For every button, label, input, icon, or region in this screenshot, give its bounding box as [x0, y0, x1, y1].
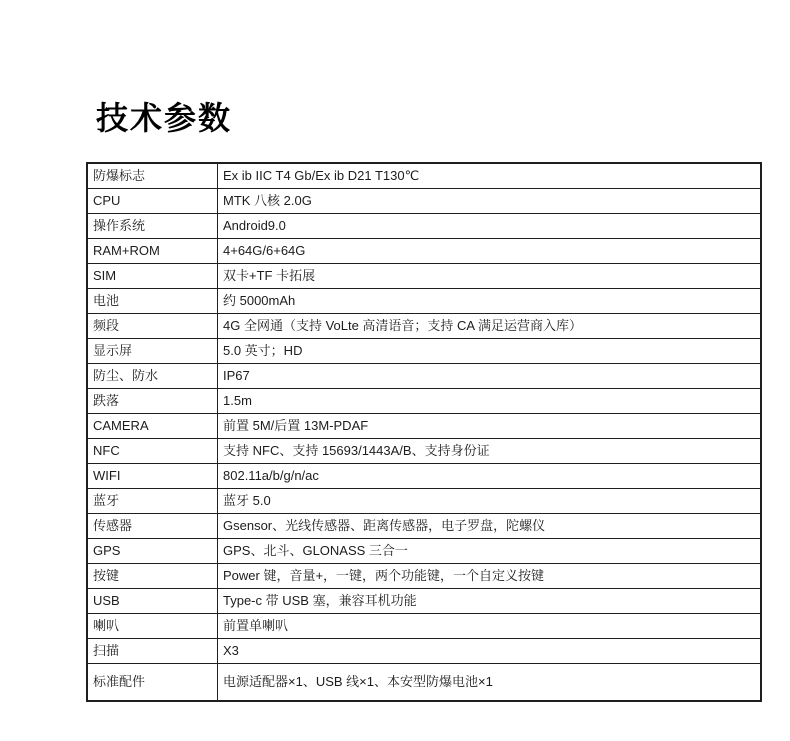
spec-table: 防爆标志 Ex ib IIC T4 Gb/Ex ib D21 T130℃ CPU… [86, 162, 762, 702]
table-row: NFC 支持 NFC、支持 15693/1443A/B、支持身份证 [88, 439, 760, 464]
table-row: RAM+ROM 4+64G/6+64G [88, 239, 760, 264]
spec-value-cell: Power 键，音量+，一键，两个功能键，一个自定义按键 [218, 564, 760, 588]
spec-label-cell: 防尘、防水 [88, 364, 218, 388]
table-row: 电池 约 5000mAh [88, 289, 760, 314]
spec-label-cell: 按键 [88, 564, 218, 588]
spec-value-cell: 支持 NFC、支持 15693/1443A/B、支持身份证 [218, 439, 760, 463]
spec-label-cell: CAMERA [88, 414, 218, 438]
spec-value-cell: 约 5000mAh [218, 289, 760, 313]
spec-label-cell: 扫描 [88, 639, 218, 663]
spec-label-cell: 喇叭 [88, 614, 218, 638]
page-title: 技术参数 [96, 101, 232, 136]
spec-label-cell: 操作系统 [88, 214, 218, 238]
spec-value-cell: 双卡+TF 卡拓展 [218, 264, 760, 288]
spec-value-cell: Android9.0 [218, 214, 760, 238]
table-row: CAMERA 前置 5M/后置 13M-PDAF [88, 414, 760, 439]
spec-value-cell: MTK 八核 2.0G [218, 189, 760, 213]
spec-value-cell: 4+64G/6+64G [218, 239, 760, 263]
spec-value-cell: 电源适配器×1、USB 线×1、本安型防爆电池×1 [218, 664, 760, 700]
table-row: 防尘、防水 IP67 [88, 364, 760, 389]
spec-label-cell: 蓝牙 [88, 489, 218, 513]
document-page: 技术参数 防爆标志 Ex ib IIC T4 Gb/Ex ib D21 T130… [0, 0, 790, 741]
spec-value-cell: Type-c 带 USB 塞，兼容耳机功能 [218, 589, 760, 613]
spec-value-cell: 1.5m [218, 389, 760, 413]
spec-label-cell: WIFI [88, 464, 218, 488]
spec-label-cell: NFC [88, 439, 218, 463]
table-row: 扫描 X3 [88, 639, 760, 664]
spec-value-cell: Gsensor、光线传感器、距离传感器，电子罗盘，陀螺仪 [218, 514, 760, 538]
spec-value-cell: 4G 全网通（支持 VoLte 高清语音；支持 CA 满足运营商入库） [218, 314, 760, 338]
spec-label-cell: 显示屏 [88, 339, 218, 363]
spec-label-cell: CPU [88, 189, 218, 213]
spec-label-cell: 传感器 [88, 514, 218, 538]
spec-label-cell: USB [88, 589, 218, 613]
table-row: 防爆标志 Ex ib IIC T4 Gb/Ex ib D21 T130℃ [88, 164, 760, 189]
table-row: WIFI 802.11a/b/g/n/ac [88, 464, 760, 489]
spec-value-cell: 5.0 英寸；HD [218, 339, 760, 363]
table-row: 频段 4G 全网通（支持 VoLte 高清语音；支持 CA 满足运营商入库） [88, 314, 760, 339]
table-row: 喇叭 前置单喇叭 [88, 614, 760, 639]
table-row: 显示屏 5.0 英寸；HD [88, 339, 760, 364]
spec-value-cell: 蓝牙 5.0 [218, 489, 760, 513]
spec-value-cell: Ex ib IIC T4 Gb/Ex ib D21 T130℃ [218, 164, 760, 188]
spec-label-cell: GPS [88, 539, 218, 563]
spec-label-cell: 标准配件 [88, 664, 218, 700]
table-row: 蓝牙 蓝牙 5.0 [88, 489, 760, 514]
table-row: CPU MTK 八核 2.0G [88, 189, 760, 214]
table-row: 按键 Power 键，音量+，一键，两个功能键，一个自定义按键 [88, 564, 760, 589]
spec-label-cell: 电池 [88, 289, 218, 313]
table-row: SIM 双卡+TF 卡拓展 [88, 264, 760, 289]
table-row: 操作系统 Android9.0 [88, 214, 760, 239]
spec-value-cell: IP67 [218, 364, 760, 388]
table-row: USB Type-c 带 USB 塞，兼容耳机功能 [88, 589, 760, 614]
spec-label-cell: RAM+ROM [88, 239, 218, 263]
spec-value-cell: 前置 5M/后置 13M-PDAF [218, 414, 760, 438]
table-row: 传感器 Gsensor、光线传感器、距离传感器，电子罗盘，陀螺仪 [88, 514, 760, 539]
spec-value-cell: 前置单喇叭 [218, 614, 760, 638]
table-row: 标准配件 电源适配器×1、USB 线×1、本安型防爆电池×1 [88, 664, 760, 700]
spec-value-cell: 802.11a/b/g/n/ac [218, 464, 760, 488]
spec-label-cell: 防爆标志 [88, 164, 218, 188]
table-row: 跌落 1.5m [88, 389, 760, 414]
spec-label-cell: 跌落 [88, 389, 218, 413]
spec-value-cell: X3 [218, 639, 760, 663]
table-row: GPS GPS、北斗、GLONASS 三合一 [88, 539, 760, 564]
spec-label-cell: 频段 [88, 314, 218, 338]
spec-value-cell: GPS、北斗、GLONASS 三合一 [218, 539, 760, 563]
spec-label-cell: SIM [88, 264, 218, 288]
